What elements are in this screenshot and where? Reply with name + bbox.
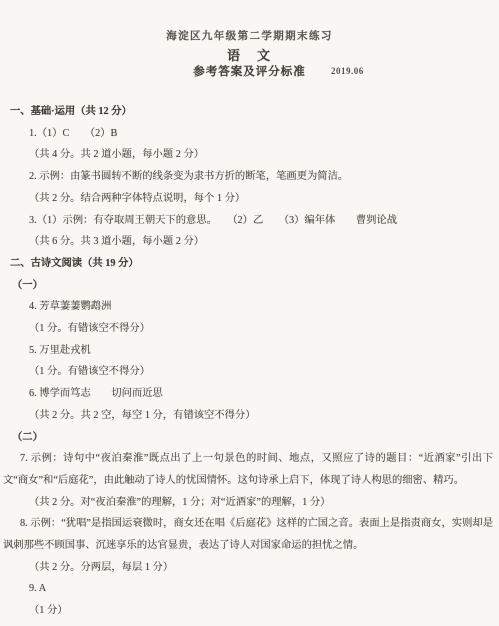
answer-key-title: 参考答案及评分标准: [0, 63, 499, 79]
exam-date: 2019.06: [331, 66, 364, 76]
score-note: （共 6 分。共 3 道小题，每小题 2 分）: [0, 231, 499, 253]
answer-line: 1.（1）C （2）B: [0, 123, 499, 145]
answer-key-body: 一、基础·运用（共 12 分） 1.（1）C （2）B （共 4 分。共 2 道…: [0, 101, 499, 622]
answer-line: 5. 万里赴戎机: [0, 340, 499, 362]
score-note: （共 4 分。共 2 道小题，每小题 2 分）: [0, 144, 499, 166]
subject-title: 语 文: [0, 45, 499, 64]
answer-line: 2. 示例：由篆书圆转不断的线条变为隶书方折的断笔，笔画更为简洁。: [0, 166, 499, 188]
answer-paragraph: 7. 示例：诗句中“夜泊秦淮”既点出了上一句景色的时间、地点，又照应了诗的题目：…: [0, 448, 499, 491]
score-note: （共 2 分。共 2 空，每空 1 分，有错该空不得分）: [0, 405, 499, 427]
score-note: （1 分。有错该空不得分）: [0, 361, 499, 383]
answer-line: 6. 博学而笃志 切问而近思: [0, 383, 499, 405]
part-label: （一）: [0, 275, 499, 297]
score-note: （1 分）: [0, 600, 499, 622]
answer-paragraph: 8. 示例：“犹唱”是指国运衰微时，商女还在唱《后庭花》这样的亡国之音。表面上是…: [0, 513, 499, 556]
answer-line: 9. A: [0, 578, 499, 600]
exam-title: 海淀区九年级第二学期期末练习: [0, 28, 499, 43]
section-heading: 二、古诗文阅读（共 19 分）: [0, 253, 499, 275]
score-note: （共 2 分。分两层，每层 1 分）: [0, 557, 499, 579]
section-heading: 一、基础·运用（共 12 分）: [0, 101, 499, 123]
document-page: 海淀区九年级第二学期期末练习 语 文 参考答案及评分标准 2019.06 一、基…: [0, 0, 499, 626]
answer-line: 4. 芳草萋萋鹦鹉洲: [0, 296, 499, 318]
score-note: （共 2 分。对“夜泊秦淮”的理解，1 分；对“近酒家”的理解，1 分）: [0, 492, 499, 514]
part-label: （二）: [0, 427, 499, 449]
answer-line: 3.（1）示例：有夺取周王朝天下的意思。 （2）乙 （3）编年体 曹刿论战: [0, 210, 499, 232]
score-note: （共 2 分。结合两种字体特点说明，每个 1 分）: [0, 188, 499, 210]
score-note: （1 分。有错该空不得分）: [0, 318, 499, 340]
